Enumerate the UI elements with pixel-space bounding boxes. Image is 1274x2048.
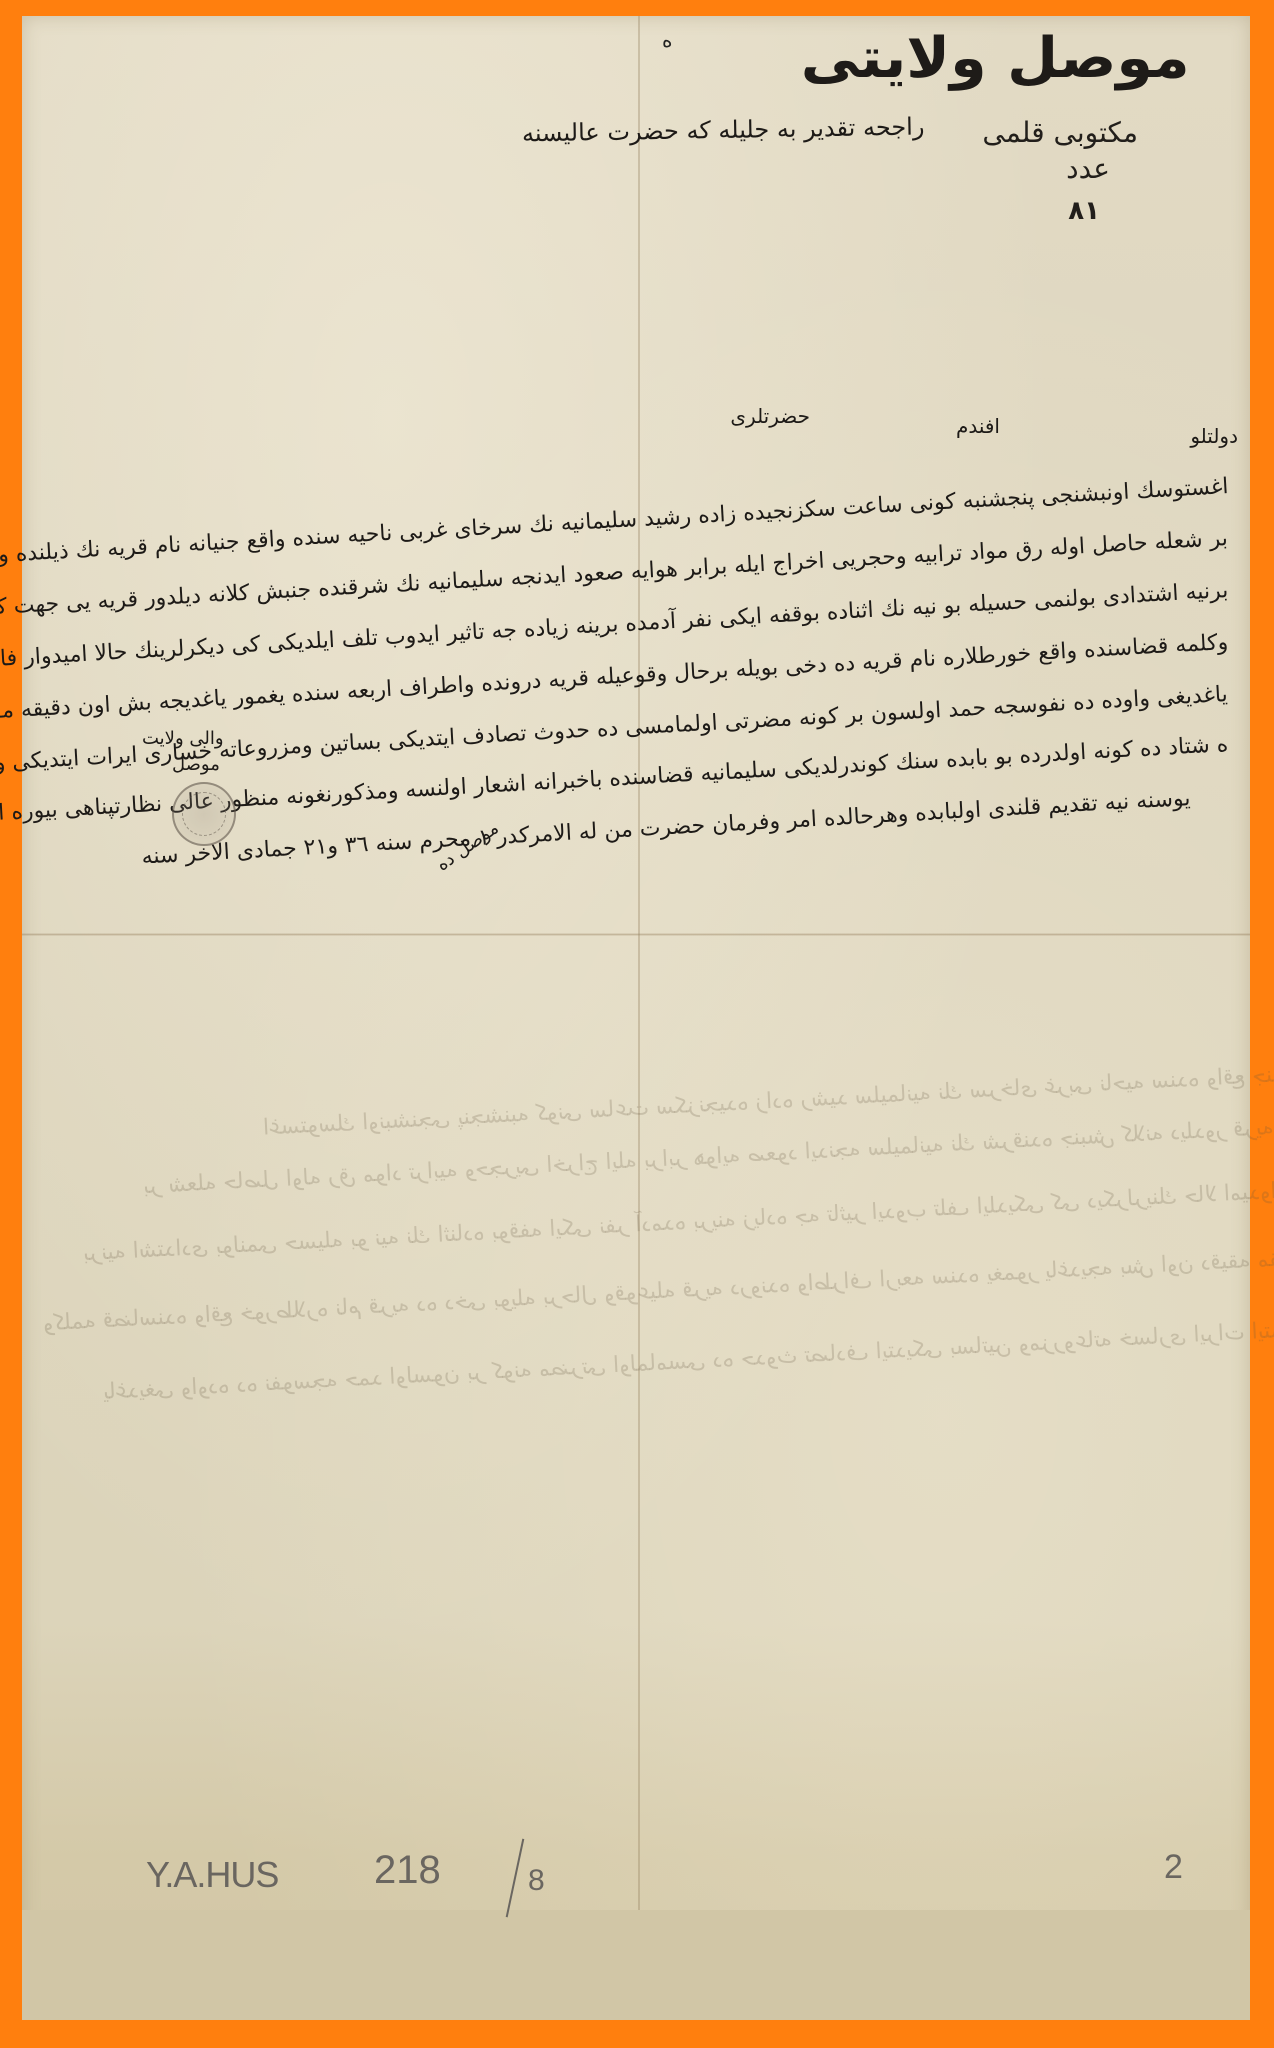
bleed-through-text: ياغديغى واوده ده نفوسجه حمد اولسون بر كو… (102, 1312, 1274, 1405)
salutation-word-2: افندم (956, 414, 1000, 438)
salutation-word-1: دولتلو (1190, 424, 1238, 448)
archive-folder-number: 218 (374, 1848, 441, 1893)
signature-place: موصل (172, 754, 220, 775)
letterhead-office: مكتوبى قلمى (982, 116, 1138, 149)
vertical-fold-line (638, 16, 640, 1910)
salutation-word-3: حضرتلرى (730, 404, 810, 428)
scan-bottom-strip (22, 1910, 1250, 2020)
horizontal-fold-line (22, 933, 1250, 936)
archive-collection-code: Y.A.HUS (146, 1854, 278, 1896)
archive-page-number: 2 (1164, 1848, 1183, 1887)
letterhead-number-label: عدد (1066, 152, 1110, 185)
archive-file-number: 8 (528, 1864, 545, 1898)
seal-stamp-icon (172, 782, 236, 846)
letterhead-number: ٨١ (1068, 196, 1100, 226)
subject-line: راجحه تقدیر به جلیله كه حضرت عاليسنه (522, 112, 925, 147)
archive-slash (506, 1839, 525, 1918)
top-mark: ه (662, 28, 672, 52)
document-page: ه موصل ولايتى مكتوبى قلمى عدد ٨١ راجحه ت… (22, 16, 1250, 2020)
signature-title: والى ولايت (142, 728, 224, 749)
letterhead-title: موصل ولايتى (800, 26, 1189, 91)
